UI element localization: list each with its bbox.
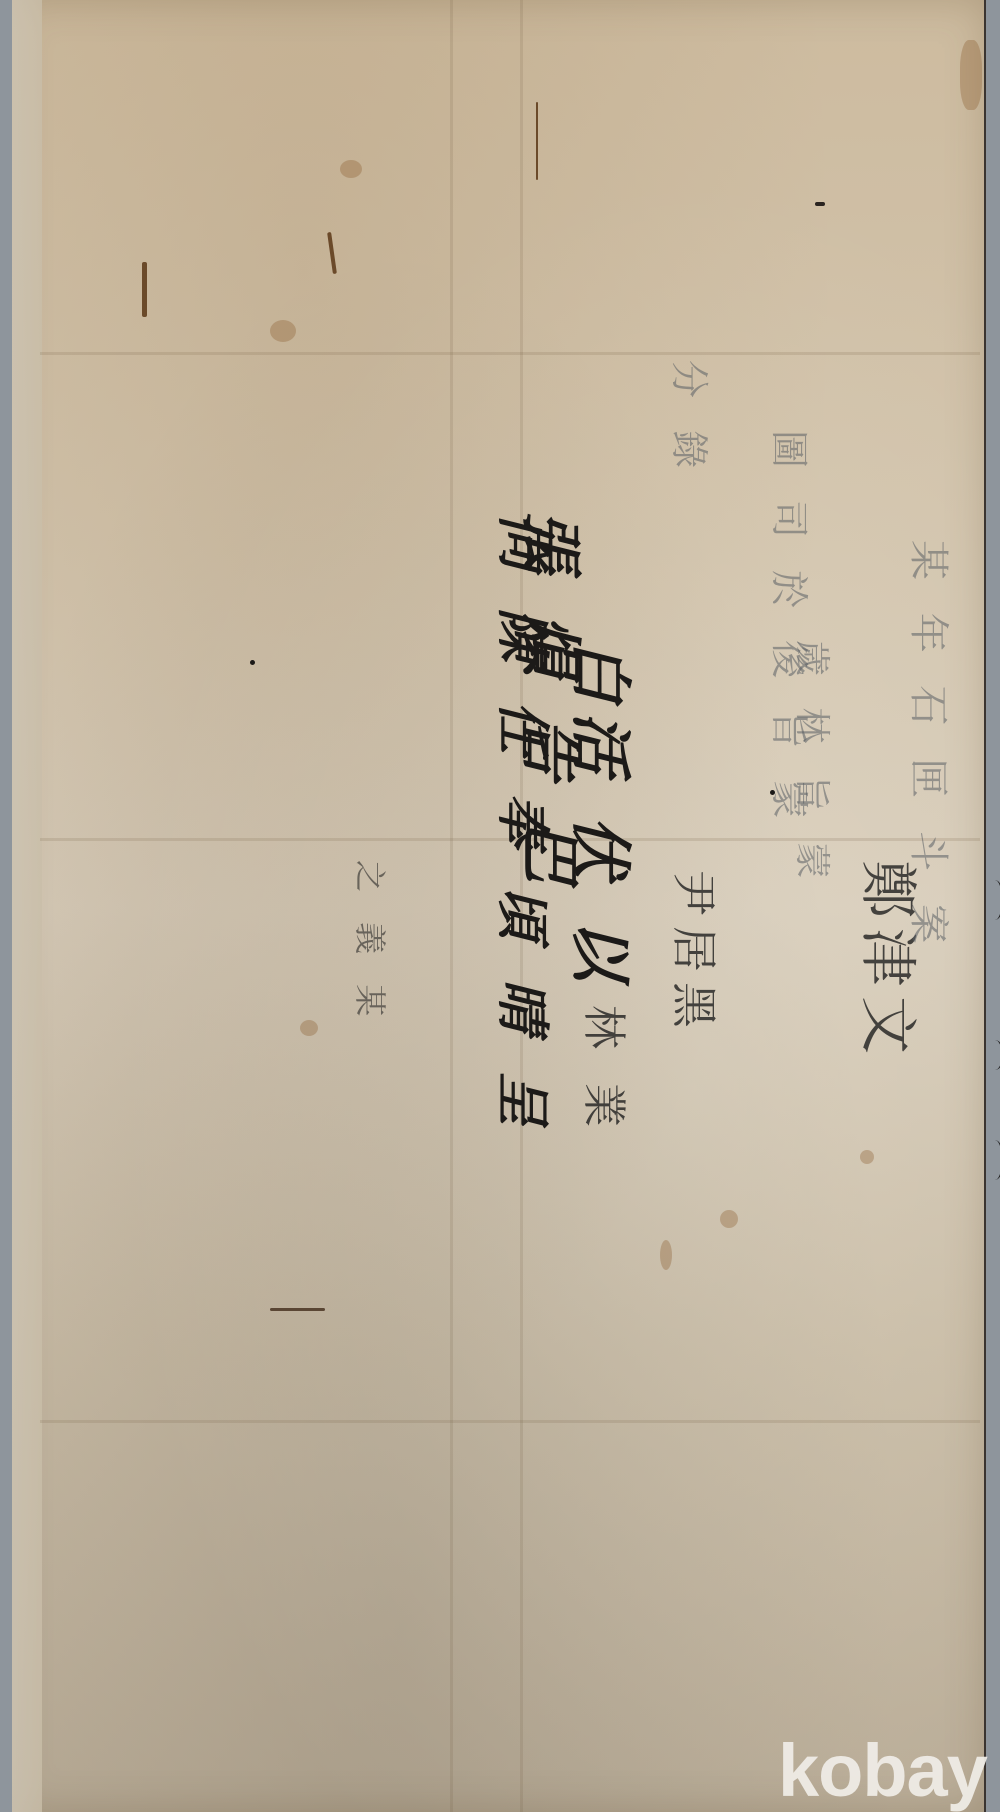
ink-dot: [250, 660, 255, 665]
watermark-logo: kobay: [778, 1728, 987, 1812]
stain: [300, 1020, 318, 1036]
stain: [720, 1210, 738, 1228]
main-text-column-3: 向 陳 任 奉 頃 晴 呈: [488, 515, 565, 1136]
paper-margin-left: [12, 0, 42, 1812]
stain: [960, 40, 982, 110]
scratch-mark: [142, 262, 147, 317]
stain: [860, 1150, 874, 1164]
scratch-mark: [536, 102, 538, 180]
binding-string: [986, 880, 1000, 920]
stain: [660, 1240, 672, 1270]
fold-line: [40, 1420, 980, 1423]
annotation-line-3: 某 年 石 匣 斗 案: [903, 540, 960, 954]
marginal-note: 之 義 某: [349, 860, 395, 1026]
heading-line-2: 尹居黑: [664, 870, 730, 1038]
fold-line: [40, 352, 980, 355]
binding-string: [986, 1040, 1000, 1070]
stain: [270, 320, 296, 342]
annotation-line-4: 歲 林 旨 蒙: [789, 640, 840, 888]
stain: [340, 160, 362, 178]
binding-string: [986, 1140, 1000, 1180]
fold-line: [450, 0, 453, 1812]
scratch-mark: [815, 202, 825, 206]
annotation-line-1: 分 錄: [665, 360, 720, 478]
heading-line-3: 林 業: [576, 1005, 640, 1137]
scratch-mark: [270, 1308, 325, 1311]
